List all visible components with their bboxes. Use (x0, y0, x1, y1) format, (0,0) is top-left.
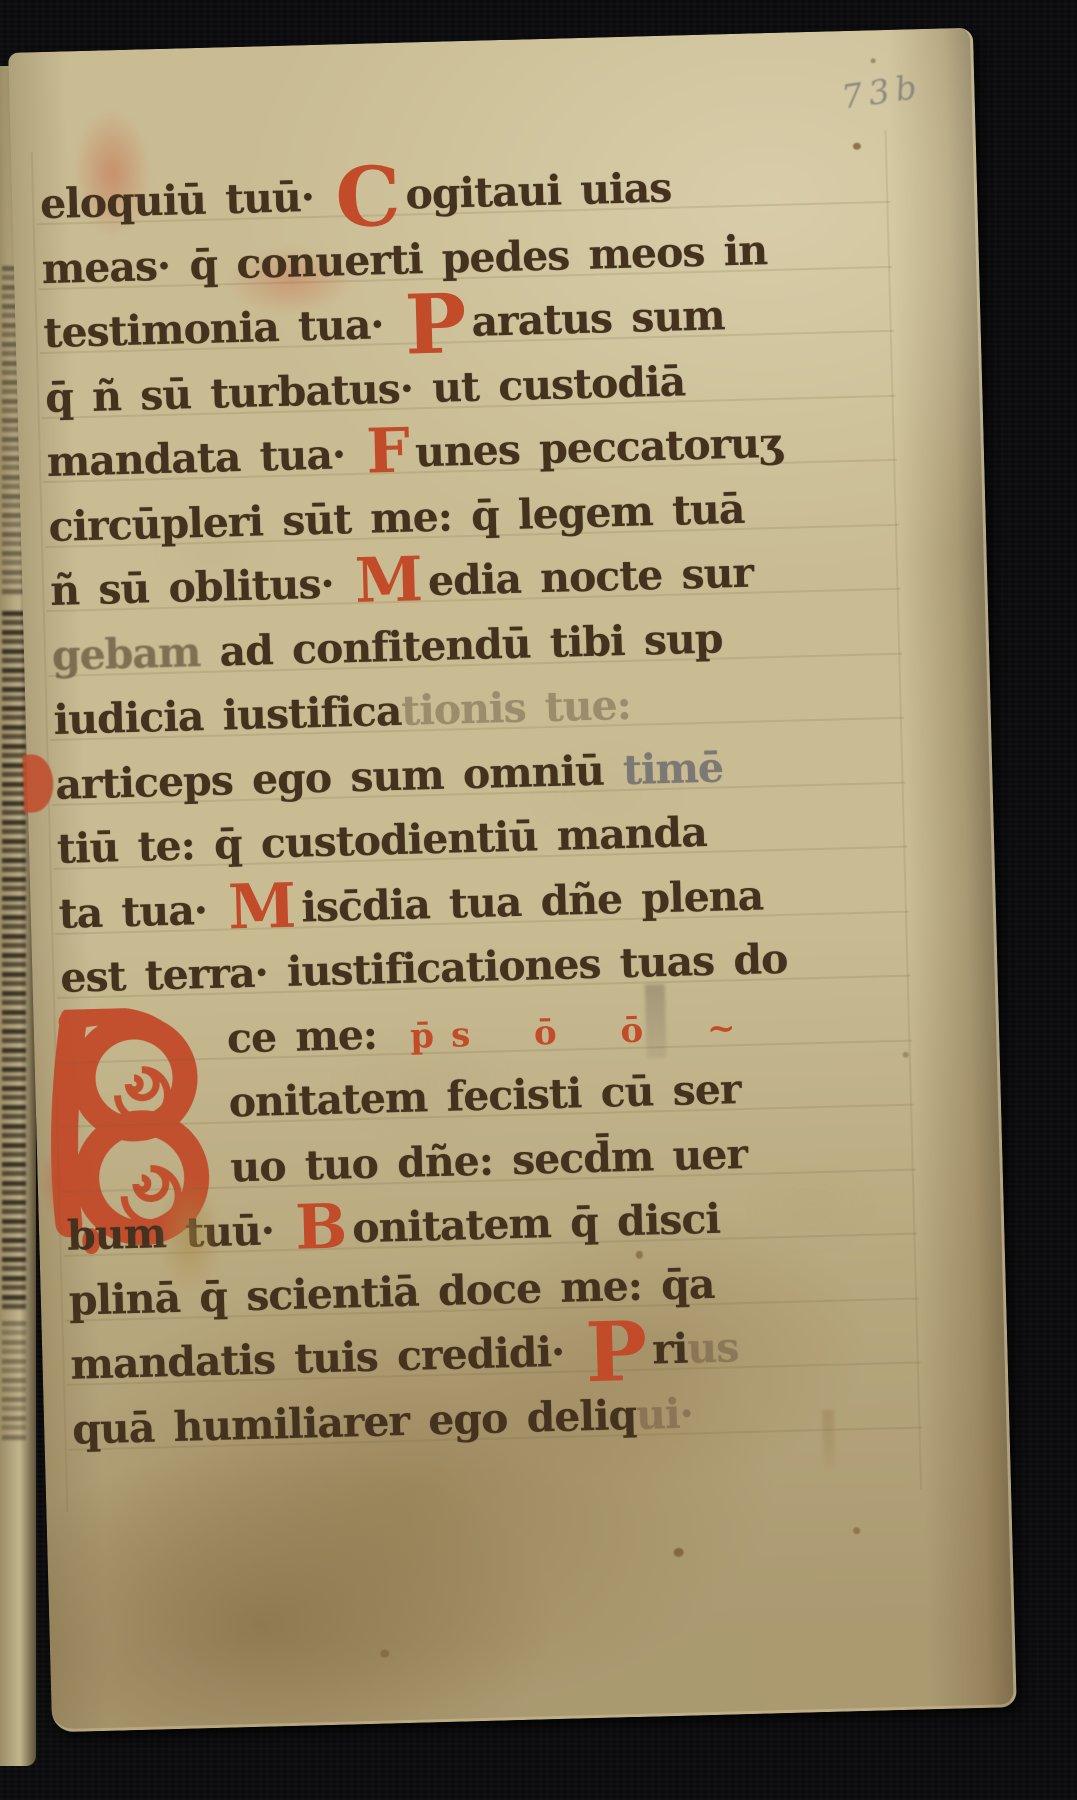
text-run: iudicia iustifica (53, 687, 402, 744)
text-run: ogitaui uias (405, 164, 672, 219)
text-run: us (687, 1323, 739, 1372)
text-run: ce me: (226, 1010, 396, 1062)
rubricated-initial: M (227, 868, 296, 943)
text-run: edia nocte sur (427, 549, 753, 605)
text-run: ui· (636, 1389, 694, 1438)
text-run: aratus sum (471, 291, 725, 346)
rubricated-initial: M (354, 542, 423, 617)
text-run: mandata tua· (46, 430, 365, 486)
stain (380, 1649, 389, 1657)
stain (853, 143, 861, 150)
stain (853, 1527, 860, 1534)
text-run: tiū te: q̄ custodientiū manda (56, 808, 707, 873)
text-run: timē (622, 743, 723, 794)
text-run: tionis tue: (401, 681, 632, 735)
text-run: mandatis tuis credidi· (70, 1327, 584, 1388)
text-block: eloquiū tuū· Cogitaui uiasmeas· q̄ conue… (39, 150, 924, 1502)
text-run: quā humiliarer ego deliq (72, 1390, 637, 1453)
text-run: testimonia tua· (43, 300, 404, 357)
folio-number: 73b (839, 66, 925, 117)
rubric-text: p̄s ō ō ~ (410, 1007, 753, 1056)
underpage-text-marks (2, 611, 26, 1311)
text-run: eloquiū tuū· (40, 172, 334, 228)
text-run: gebam (51, 628, 201, 680)
text-run: circūpleri sūt me: q̄ legem tuā (48, 484, 745, 550)
text-run: ñ sū oblitus· (50, 559, 354, 615)
text-run: unes peccatoruʒ (414, 419, 781, 477)
text-run: ta tua· (58, 885, 227, 937)
rubricated-initial: B (294, 1189, 347, 1263)
text-run: articeps ego sum omniū (55, 746, 624, 809)
photo-of-manuscript: 73b eloquiū tuū· Cogitaui uiasmeas· q̄ c… (0, 0, 1077, 1800)
text-run: bum tuū· (67, 1206, 294, 1260)
rubricated-initial: F (365, 414, 410, 488)
ruling-line-vertical (884, 130, 922, 1490)
stain (871, 58, 876, 63)
text-run: ri (652, 1325, 688, 1374)
text-run: q̄ ñ sū turbatus· ut custodiā (45, 357, 686, 422)
text-run: onitatem q̄ disci (352, 1195, 721, 1253)
text-run: est terra· iustificationes tuas do (60, 935, 788, 1002)
underpage-text-marks (2, 1321, 26, 1441)
text-run: onitatem fecisti cū ser (228, 1065, 741, 1126)
text-run: ad confitendū tibi sup (200, 614, 723, 676)
stain (674, 1548, 684, 1557)
manuscript-page: 73b eloquiū tuū· Cogitaui uiasmeas· q̄ c… (8, 28, 1017, 1733)
text-run: isc̄dia tua dñe plena (301, 871, 764, 931)
text-run: uo tuo dñe: secd̄m uer (230, 1129, 748, 1191)
